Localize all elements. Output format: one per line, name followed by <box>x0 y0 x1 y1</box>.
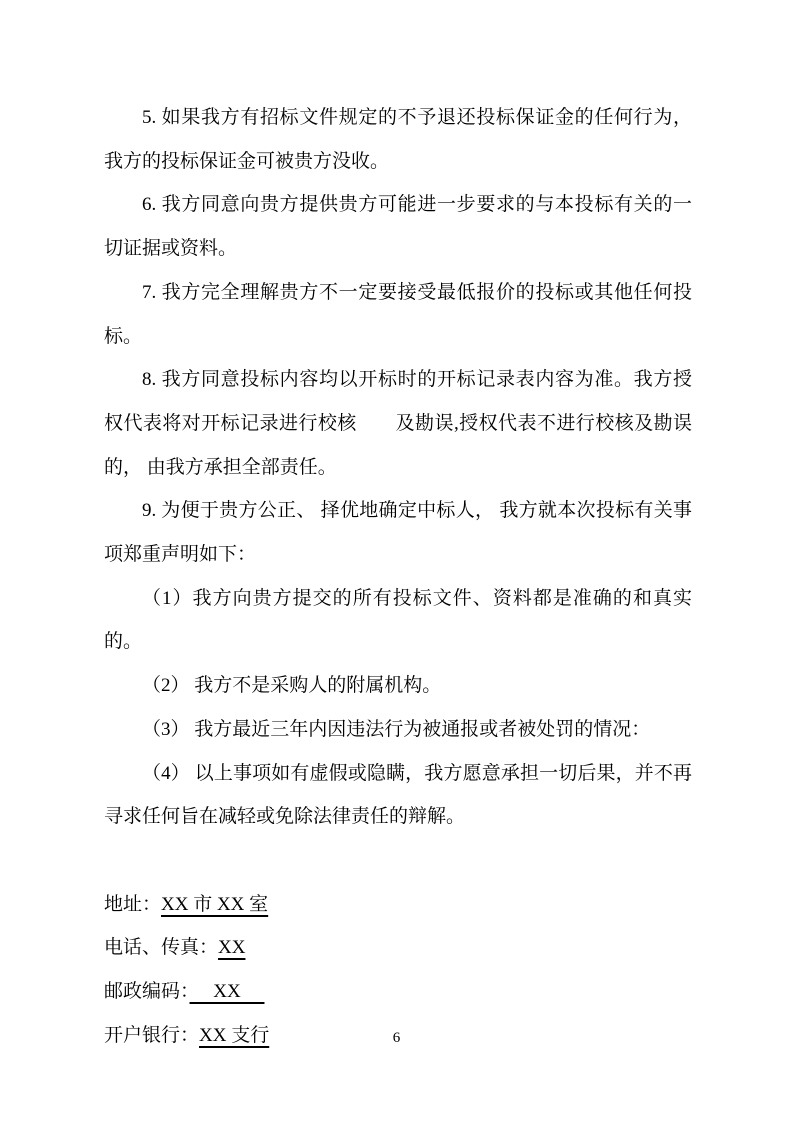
postal-code-value-underlined: XX <box>190 981 265 1002</box>
document-page: 5. 如果我方有招标文件规定的不予退还投标保证金的任何行为，我方的投标保证金可被… <box>0 0 793 1122</box>
paragraph-item-7: 7. 我方完全理解贵方不一定要接受最低报价的投标或其他任何投标。 <box>104 271 692 358</box>
statement-item-3: （3） 我方最近三年内因违法行为被通报或者被处罚的情况： <box>104 708 692 752</box>
statement-item-2: （2） 我方不是采购人的附属机构。 <box>104 664 692 708</box>
phone-fax-value-underlined: XX <box>218 937 245 958</box>
document-body: 5. 如果我方有招标文件规定的不予退还投标保证金的任何行为，我方的投标保证金可被… <box>104 96 692 1057</box>
address-value-underlined: XX 市 XX 室 <box>161 894 268 915</box>
phone-fax-label: 电话、传真： <box>104 937 218 958</box>
address-label: 地址： <box>104 894 161 915</box>
paragraph-item-6: 6. 我方同意向贵方提供贵方可能进一步要求的与本投标有关的一切证据或资料。 <box>104 183 692 270</box>
paragraph-item-8: 8. 我方同意投标内容均以开标时的开标记录表内容为准。我方授权代表将对开标记录进… <box>104 358 692 489</box>
statement-item-1: （1）我方向贵方提交的所有投标文件、资料都是准确的和真实的。 <box>104 577 692 664</box>
paragraph-item-5: 5. 如果我方有招标文件规定的不予退还投标保证金的任何行为，我方的投标保证金可被… <box>104 96 692 183</box>
paragraph-item-9: 9. 为便于贵方公正、 择优地确定中标人， 我方就本次投标有关事项郑重声明如下： <box>104 489 692 576</box>
phone-fax-line: 电话、传真：XX <box>104 926 692 970</box>
address-line: 地址：XX 市 XX 室 <box>104 883 692 927</box>
postal-code-label: 邮政编码： <box>104 981 190 1002</box>
statement-item-4: （4） 以上事项如有虚假或隐瞒，我方愿意承担一切后果，并不再寻求任何旨在减轻或免… <box>104 752 692 839</box>
page-number: 6 <box>0 1028 793 1048</box>
postal-code-line: 邮政编码： XX <box>104 970 692 1014</box>
